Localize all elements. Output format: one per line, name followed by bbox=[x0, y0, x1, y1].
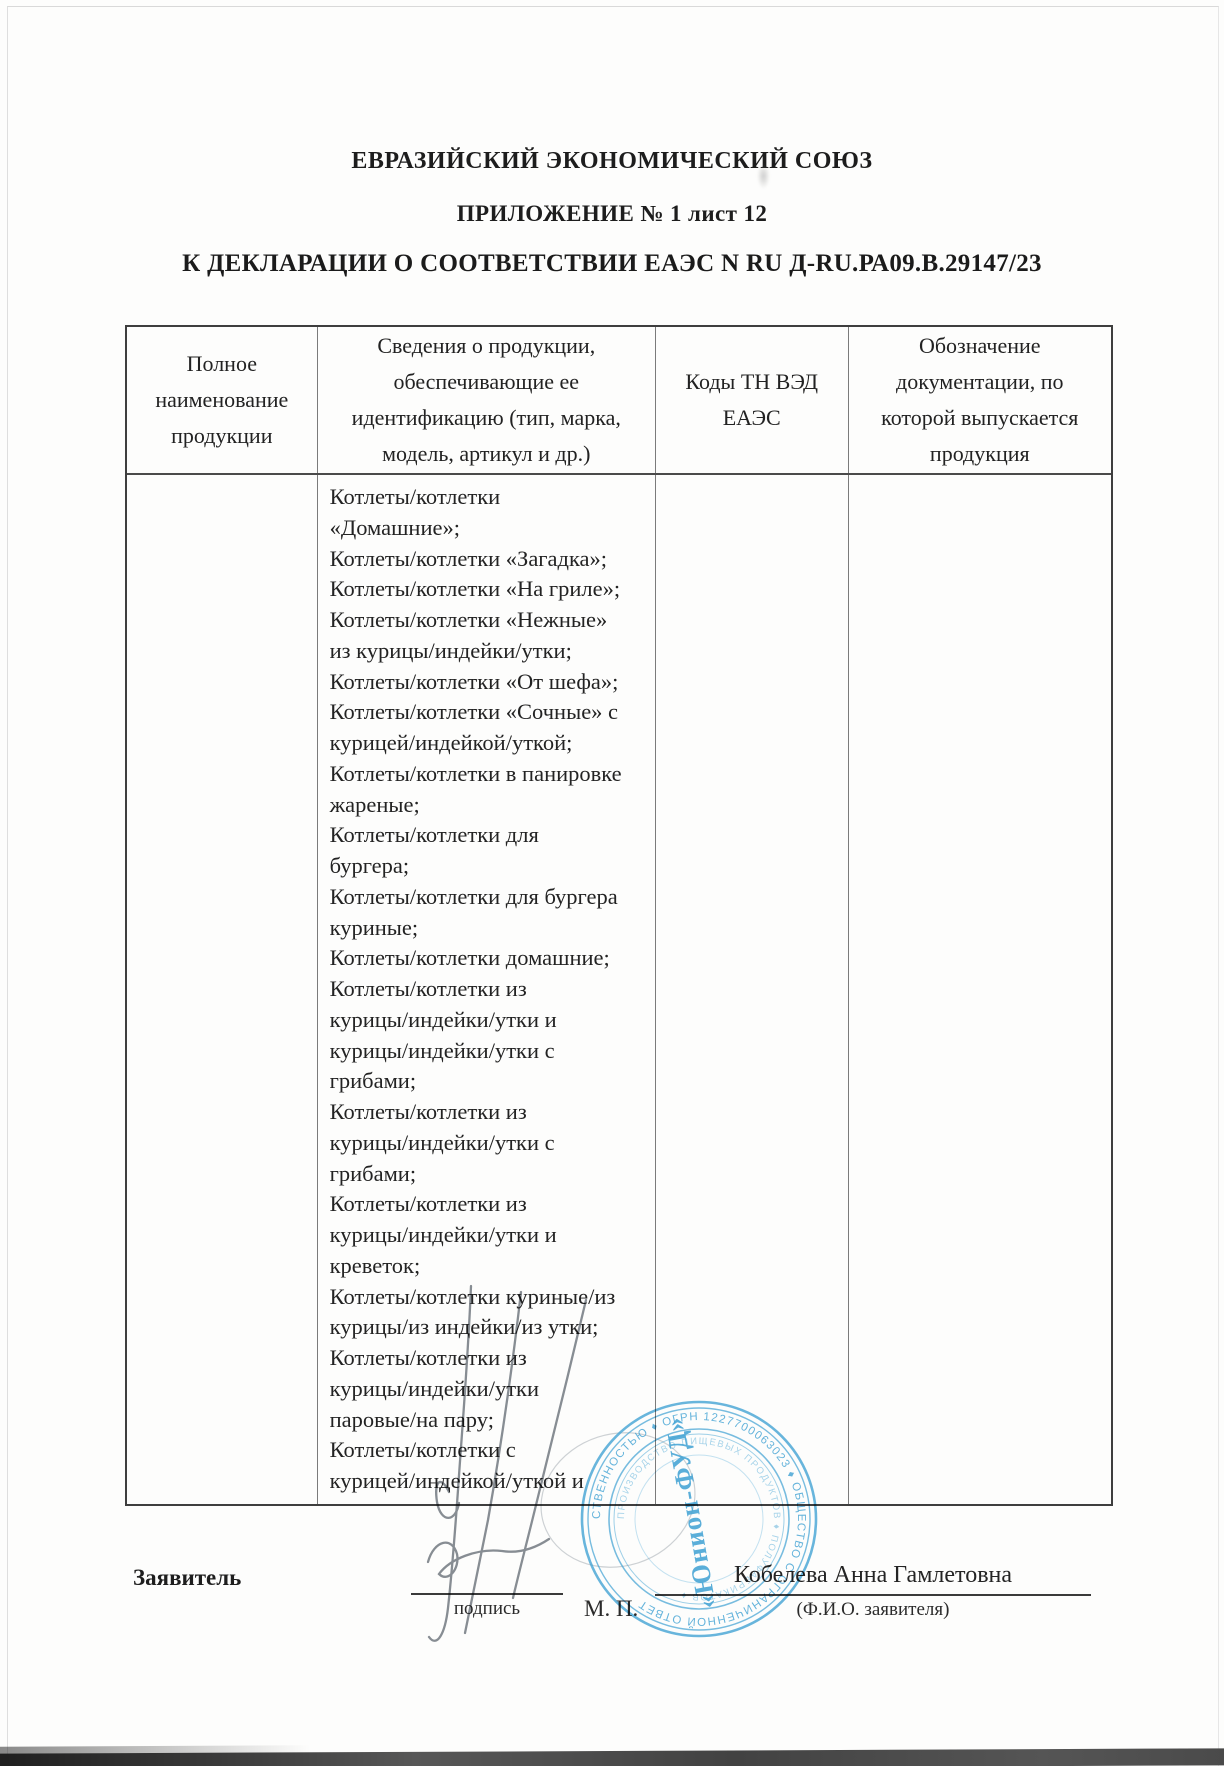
text-line: Котлеты/котлетки из bbox=[330, 1189, 647, 1220]
table-header-row: Полноенаименованиепродукции Сведения о п… bbox=[127, 327, 1111, 475]
applicant-label: Заявитель bbox=[133, 1565, 241, 1591]
applicant-name: Кобелева Анна Гамлетовна bbox=[655, 1562, 1091, 1589]
text-line: Сведения о продукции, bbox=[377, 328, 595, 364]
text-line: ЕАЭС bbox=[723, 400, 781, 436]
text-line: грибами; bbox=[330, 1159, 647, 1190]
text-line: курицы/индейки/утки с bbox=[330, 1128, 647, 1159]
text-line: Котлеты/котлетки для bbox=[330, 820, 647, 851]
text-line: «Домашние»; bbox=[330, 513, 647, 544]
text-line: Котлеты/котлетки куриные/из bbox=[330, 1282, 647, 1313]
text-line: курицы/индейки/утки с bbox=[330, 1036, 647, 1067]
text-line: продукция bbox=[930, 436, 1030, 472]
header-cell-tnved-codes: Коды ТН ВЭДЕАЭС bbox=[656, 327, 849, 473]
text-line: Котлеты/котлетки в панировке bbox=[330, 759, 647, 790]
text-line: бургера; bbox=[330, 851, 647, 882]
text-line: Котлеты/котлетки для бургера bbox=[330, 882, 647, 913]
text-line: Котлеты/котлетки bbox=[330, 482, 647, 513]
text-line: Котлеты/котлетки из bbox=[330, 974, 647, 1005]
text-line: грибами; bbox=[330, 1066, 647, 1097]
text-line: курицы/индейки/утки и bbox=[330, 1005, 647, 1036]
title-appendix: ПРИЛОЖЕНИЕ № 1 лист 12 bbox=[0, 201, 1224, 227]
text-line: обеспечивающие ее bbox=[393, 364, 579, 400]
text-line: жареные; bbox=[330, 790, 647, 821]
table-body-row: Котлеты/котлетки«Домашние»;Котлеты/котле… bbox=[127, 475, 1111, 1504]
signature-line bbox=[411, 1593, 563, 1595]
text-line: Котлеты/котлетки из bbox=[330, 1097, 647, 1128]
signature-caption: подпись bbox=[411, 1598, 563, 1620]
title-eurasian-union: ЕВРАЗИЙСКИЙ ЭКОНОМИЧЕСКИЙ СОЮЗ bbox=[0, 148, 1224, 175]
text-line: продукции bbox=[171, 418, 272, 454]
text-line: модель, артикул и др.) bbox=[382, 436, 590, 472]
text-line: курицы/индейки/утки bbox=[330, 1374, 647, 1405]
text-line: Коды ТН ВЭД bbox=[685, 364, 818, 400]
text-line: паровые/на пару; bbox=[330, 1405, 647, 1436]
text-line: Обозначение bbox=[919, 328, 1041, 364]
text-line: курицы/индейки/утки и bbox=[330, 1220, 647, 1251]
text-line: Котлеты/котлетки «Сочные» с bbox=[330, 697, 647, 728]
text-line: которой выпускается bbox=[881, 400, 1078, 436]
seal-place-label: М. П. bbox=[584, 1596, 638, 1622]
title-declaration-number: К ДЕКЛАРАЦИИ О СООТВЕТСТВИИ ЕАЭС N RU Д-… bbox=[0, 250, 1224, 278]
text-line: Котлеты/котлетки «От шефа»; bbox=[330, 667, 647, 698]
text-line: креветок; bbox=[330, 1251, 647, 1282]
text-line: Полное bbox=[187, 346, 257, 382]
text-line: Котлеты/котлетки из bbox=[330, 1343, 647, 1374]
text-line: идентификацию (тип, марка, bbox=[352, 400, 621, 436]
text-line: куриные; bbox=[330, 913, 647, 944]
body-cell-product-info: Котлеты/котлетки«Домашние»;Котлеты/котле… bbox=[318, 475, 656, 1504]
text-line: Котлеты/котлетки с bbox=[330, 1435, 647, 1466]
body-cell-tnved-codes bbox=[656, 475, 849, 1504]
scan-smudge bbox=[757, 163, 770, 189]
text-line: Котлеты/котлетки домашние; bbox=[330, 943, 647, 974]
text-line: курицей/индейкой/уткой и bbox=[330, 1466, 647, 1497]
text-line: документации, по bbox=[896, 364, 1063, 400]
text-line: наименование bbox=[155, 382, 288, 418]
text-line: курицей/индейкой/уткой; bbox=[330, 728, 647, 759]
text-line: курицы/из индейки/из утки; bbox=[330, 1312, 647, 1343]
applicant-name-line bbox=[655, 1594, 1091, 1596]
header-cell-product-info: Сведения о продукции,обеспечивающие ееид… bbox=[318, 327, 656, 473]
body-cell-documentation bbox=[849, 475, 1111, 1504]
body-cell-product-name bbox=[127, 475, 318, 1504]
header-cell-product-name: Полноенаименованиепродукции bbox=[127, 327, 318, 473]
text-line: Котлеты/котлетки «Загадка»; bbox=[330, 544, 647, 575]
scanned-document-page: ЕВРАЗИЙСКИЙ ЭКОНОМИЧЕСКИЙ СОЮЗ ПРИЛОЖЕНИ… bbox=[0, 0, 1224, 1766]
applicant-name-caption: (Ф.И.О. заявителя) bbox=[655, 1599, 1091, 1621]
products-table: Полноенаименованиепродукции Сведения о п… bbox=[125, 325, 1113, 1506]
text-line: из курицы/индейки/утки; bbox=[330, 636, 647, 667]
header-cell-documentation: Обозначениедокументации, покоторой выпус… bbox=[849, 327, 1111, 473]
text-line: Котлеты/котлетки «Нежные» bbox=[330, 605, 647, 636]
text-line: Котлеты/котлетки «На гриле»; bbox=[330, 574, 647, 605]
